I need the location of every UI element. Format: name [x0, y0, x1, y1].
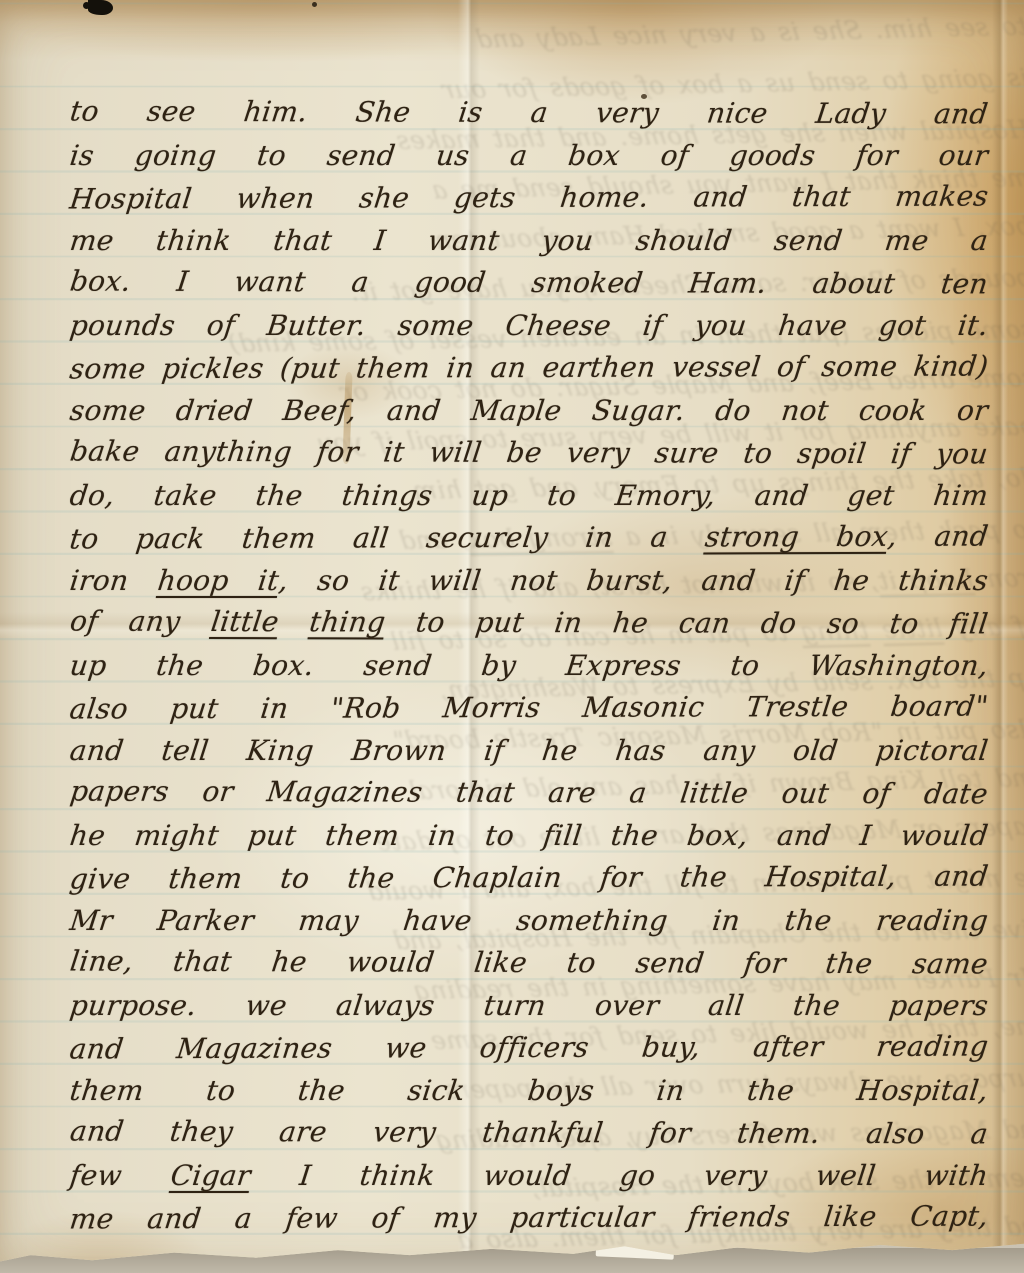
underlined-word: little — [209, 605, 281, 638]
letter-line: to pack them all securely in a strong bo… — [67, 516, 990, 561]
letter-line: pounds of Butter. some Cheese if you hav… — [67, 305, 990, 348]
letter-line: iron hoop it, so it will not burst, and … — [67, 560, 990, 603]
letter-line: line, that he would like to send for the… — [68, 941, 991, 986]
letter-line: to see him. She is a very nice Lady and — [68, 91, 991, 136]
underlined-word: thing — [308, 605, 388, 638]
underlined-word: strong box — [703, 520, 890, 554]
ink-speck — [641, 94, 647, 99]
letter-line: up the box. send by Express to Washingto… — [67, 645, 990, 688]
letter-line: of any little thing to put in he can do … — [68, 601, 991, 646]
letter-line: is going to send us a box of goods for o… — [67, 135, 990, 178]
letter-line: Hospital when she gets home. and that ma… — [67, 176, 990, 221]
letter-line: he might put them in to fill the box, an… — [67, 815, 990, 858]
letter-line: do, take the things up to Emory, and get… — [67, 475, 990, 518]
letter-line: some pickles (put them in an earthen ves… — [67, 346, 990, 391]
underlined-word: Cigar — [169, 1159, 253, 1192]
letter-line: me and a few of my particular friends li… — [67, 1196, 990, 1241]
ink-speck — [312, 2, 317, 7]
letter-line: also put in "Rob Morris Masonic Trestle … — [67, 686, 990, 731]
letter-line: Mr Parker may have something in the read… — [67, 900, 990, 943]
letter-line: me think that I want you should send me … — [67, 220, 990, 263]
letter-line: purpose. we always turn over all the pap… — [67, 985, 990, 1028]
letter-line: papers or Magazines that are a little ou… — [68, 771, 991, 816]
letter-line: and Magazines we officers buy, after rea… — [67, 1026, 990, 1071]
letter-line: bake anything for it will be very sure t… — [68, 431, 991, 476]
letter-scan: to see him. She is a very nice Lady andi… — [0, 0, 1024, 1273]
letter-line: and tell King Brown if he has any old pi… — [67, 730, 990, 773]
letter-line: and they are very thankful for them. als… — [68, 1111, 991, 1156]
letter-line: few Cigar I think would go very well wit… — [67, 1155, 990, 1198]
letter-body: to see him. She is a very nice Lady andi… — [70, 92, 988, 1240]
underlined-word: hoop it — [156, 564, 281, 597]
letter-line: them to the sick boys in the Hospital, — [67, 1070, 990, 1113]
letter-line: box. I want a good smoked Ham. about ten — [68, 261, 991, 306]
letter-line: give them to the Chaplain for the Hospit… — [67, 856, 990, 901]
letter-line: to see him. She is a very nice Lady and — [0, 1, 1024, 76]
letter-page: to see him. She is a very nice Lady andi… — [0, 0, 1024, 1273]
right-edge-crease — [992, 0, 1008, 1273]
letter-line: some dried Beef, and Maple Sugar. do not… — [67, 390, 990, 433]
ink-blot — [88, 0, 113, 15]
